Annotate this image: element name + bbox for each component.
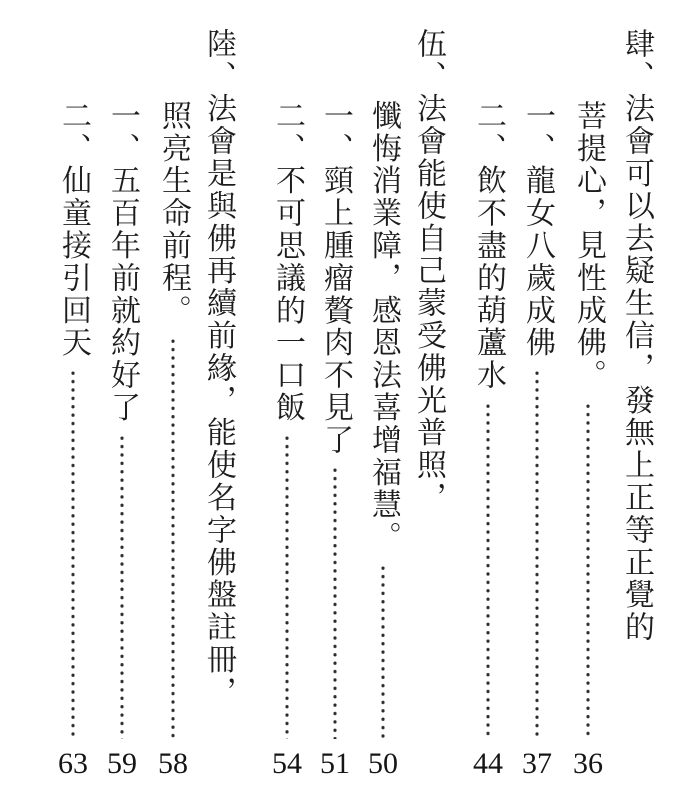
toc-entry-5-title-line-1: 伍、法會能使自己蒙受佛光普照，: [410, 28, 446, 514]
toc-entry-5-subitem-1-text: 一、頸上腫瘤贅肉不見了: [317, 100, 353, 456]
toc-entry-5-subitem-2-text: 二、不可思議的一口飯: [269, 100, 305, 424]
dot-leader: [485, 402, 491, 739]
toc-entry-6-subitem-1-text: 一、五百年前就約好了: [104, 100, 140, 424]
toc-entry-4-title-line-2: 菩提心，見性成佛。: [570, 100, 606, 392]
toc-entry-5-title-column-1: 伍、法會能使自己蒙受佛光普照，: [404, 28, 452, 514]
toc-entry-5-subitem-2: 二、不可思議的一口飯 54: [263, 100, 311, 779]
toc-entry-5-subitem-2-page-number: 54: [272, 749, 302, 779]
toc-page: 肆、法會可以去疑生信，發無上正等正覺的 菩提心，見性成佛。 36 一、龍女八歲成…: [0, 0, 700, 801]
dot-leader: [170, 337, 176, 739]
dot-leader: [284, 434, 290, 739]
toc-entry-6-subitem-1: 一、五百年前就約好了 59: [98, 100, 146, 779]
dot-leader: [70, 369, 76, 739]
toc-entry-4-title-column-1: 肆、法會可以去疑生信，發無上正等正覺的: [612, 28, 660, 644]
toc-entry-6-subitem-2-page-number: 63: [58, 749, 88, 779]
toc-entry-6-page-number: 58: [158, 749, 188, 779]
toc-entry-4-subitem-2-page-number: 44: [473, 749, 503, 779]
toc-entry-4-subitem-1-text: 一、龍女八歲成佛: [519, 100, 555, 359]
dot-leader: [585, 402, 591, 739]
toc-entry-6-subitem-2: 二、仙童接引回天 63: [49, 100, 97, 779]
toc-entry-6-title-line-1: 陸、法會是與佛再續前緣，能使名字佛盤註冊，: [200, 28, 236, 708]
dot-leader: [119, 434, 125, 739]
toc-entry-6-subitem-2-text: 二、仙童接引回天: [55, 100, 91, 359]
toc-entry-4-subitem-2: 二、飲不盡的葫蘆水 44: [464, 100, 512, 779]
toc-entry-6-title-line-2: 照亮生命前程。: [155, 100, 191, 327]
toc-entry-6-title-column-1: 陸、法會是與佛再續前緣，能使名字佛盤註冊，: [194, 28, 242, 708]
toc-entry-4-subitem-1: 一、龍女八歲成佛 37: [513, 100, 561, 779]
toc-entry-4-title-column-2: 菩提心，見性成佛。 36: [564, 100, 612, 779]
toc-entry-4-subitem-2-text: 二、飲不盡的葫蘆水: [470, 100, 506, 392]
toc-entry-5-page-number: 50: [368, 749, 398, 779]
toc-entry-5-title-column-2: 懺悔消業障，感恩法喜增福慧。 50: [359, 100, 407, 779]
toc-entry-5-subitem-1: 一、頸上腫瘤贅肉不見了 51: [311, 100, 359, 779]
toc-entry-6-title-column-2: 照亮生命前程。 58: [149, 100, 197, 779]
toc-entry-5-subitem-1-page-number: 51: [320, 749, 350, 779]
dot-leader: [380, 564, 386, 739]
toc-entry-6-subitem-1-page-number: 59: [107, 749, 137, 779]
toc-entry-5-title-line-2: 懺悔消業障，感恩法喜增福慧。: [365, 100, 401, 554]
toc-entry-4-page-number: 36: [573, 749, 603, 779]
toc-entry-4-subitem-1-page-number: 37: [522, 749, 552, 779]
dot-leader: [332, 466, 338, 739]
toc-entry-4-title-line-1: 肆、法會可以去疑生信，發無上正等正覺的: [618, 28, 654, 644]
dot-leader: [534, 369, 540, 739]
